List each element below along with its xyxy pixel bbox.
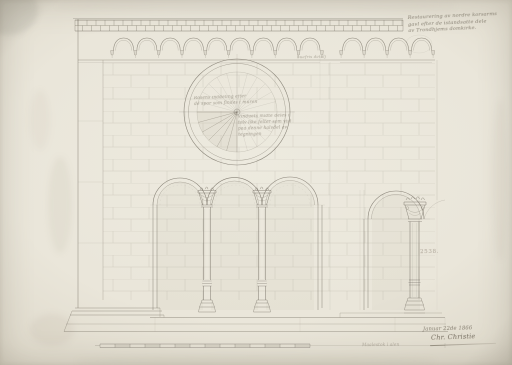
elevation-drawing bbox=[0, 0, 512, 365]
cornice-band bbox=[73, 19, 403, 32]
bottom-scale-note: Maalestok i alen bbox=[362, 342, 399, 347]
date-annotation: Januar 22de 1866 bbox=[423, 325, 472, 332]
corbel-note: buefris detalj bbox=[297, 54, 326, 60]
scanned-drawing-page: Restaurering av nordre korsarms gavl eft… bbox=[0, 0, 512, 365]
artist-signature: Chr. Christie bbox=[431, 332, 476, 342]
paper-sheet: Restaurering av nordre korsarms gavl eft… bbox=[0, 0, 512, 365]
plinth bbox=[64, 308, 448, 332]
inventory-number: 2538. bbox=[420, 249, 439, 255]
string-course bbox=[78, 60, 435, 63]
arcade bbox=[150, 177, 325, 312]
top-right-note: Restaurering av nordre korsarms gavl eft… bbox=[408, 11, 498, 35]
rose-window-note-lower: Vinduets midte deles i tolv like felter … bbox=[238, 113, 292, 138]
rose-window-note-upper: Rosens inddeling efter de spor som finde… bbox=[194, 94, 258, 107]
